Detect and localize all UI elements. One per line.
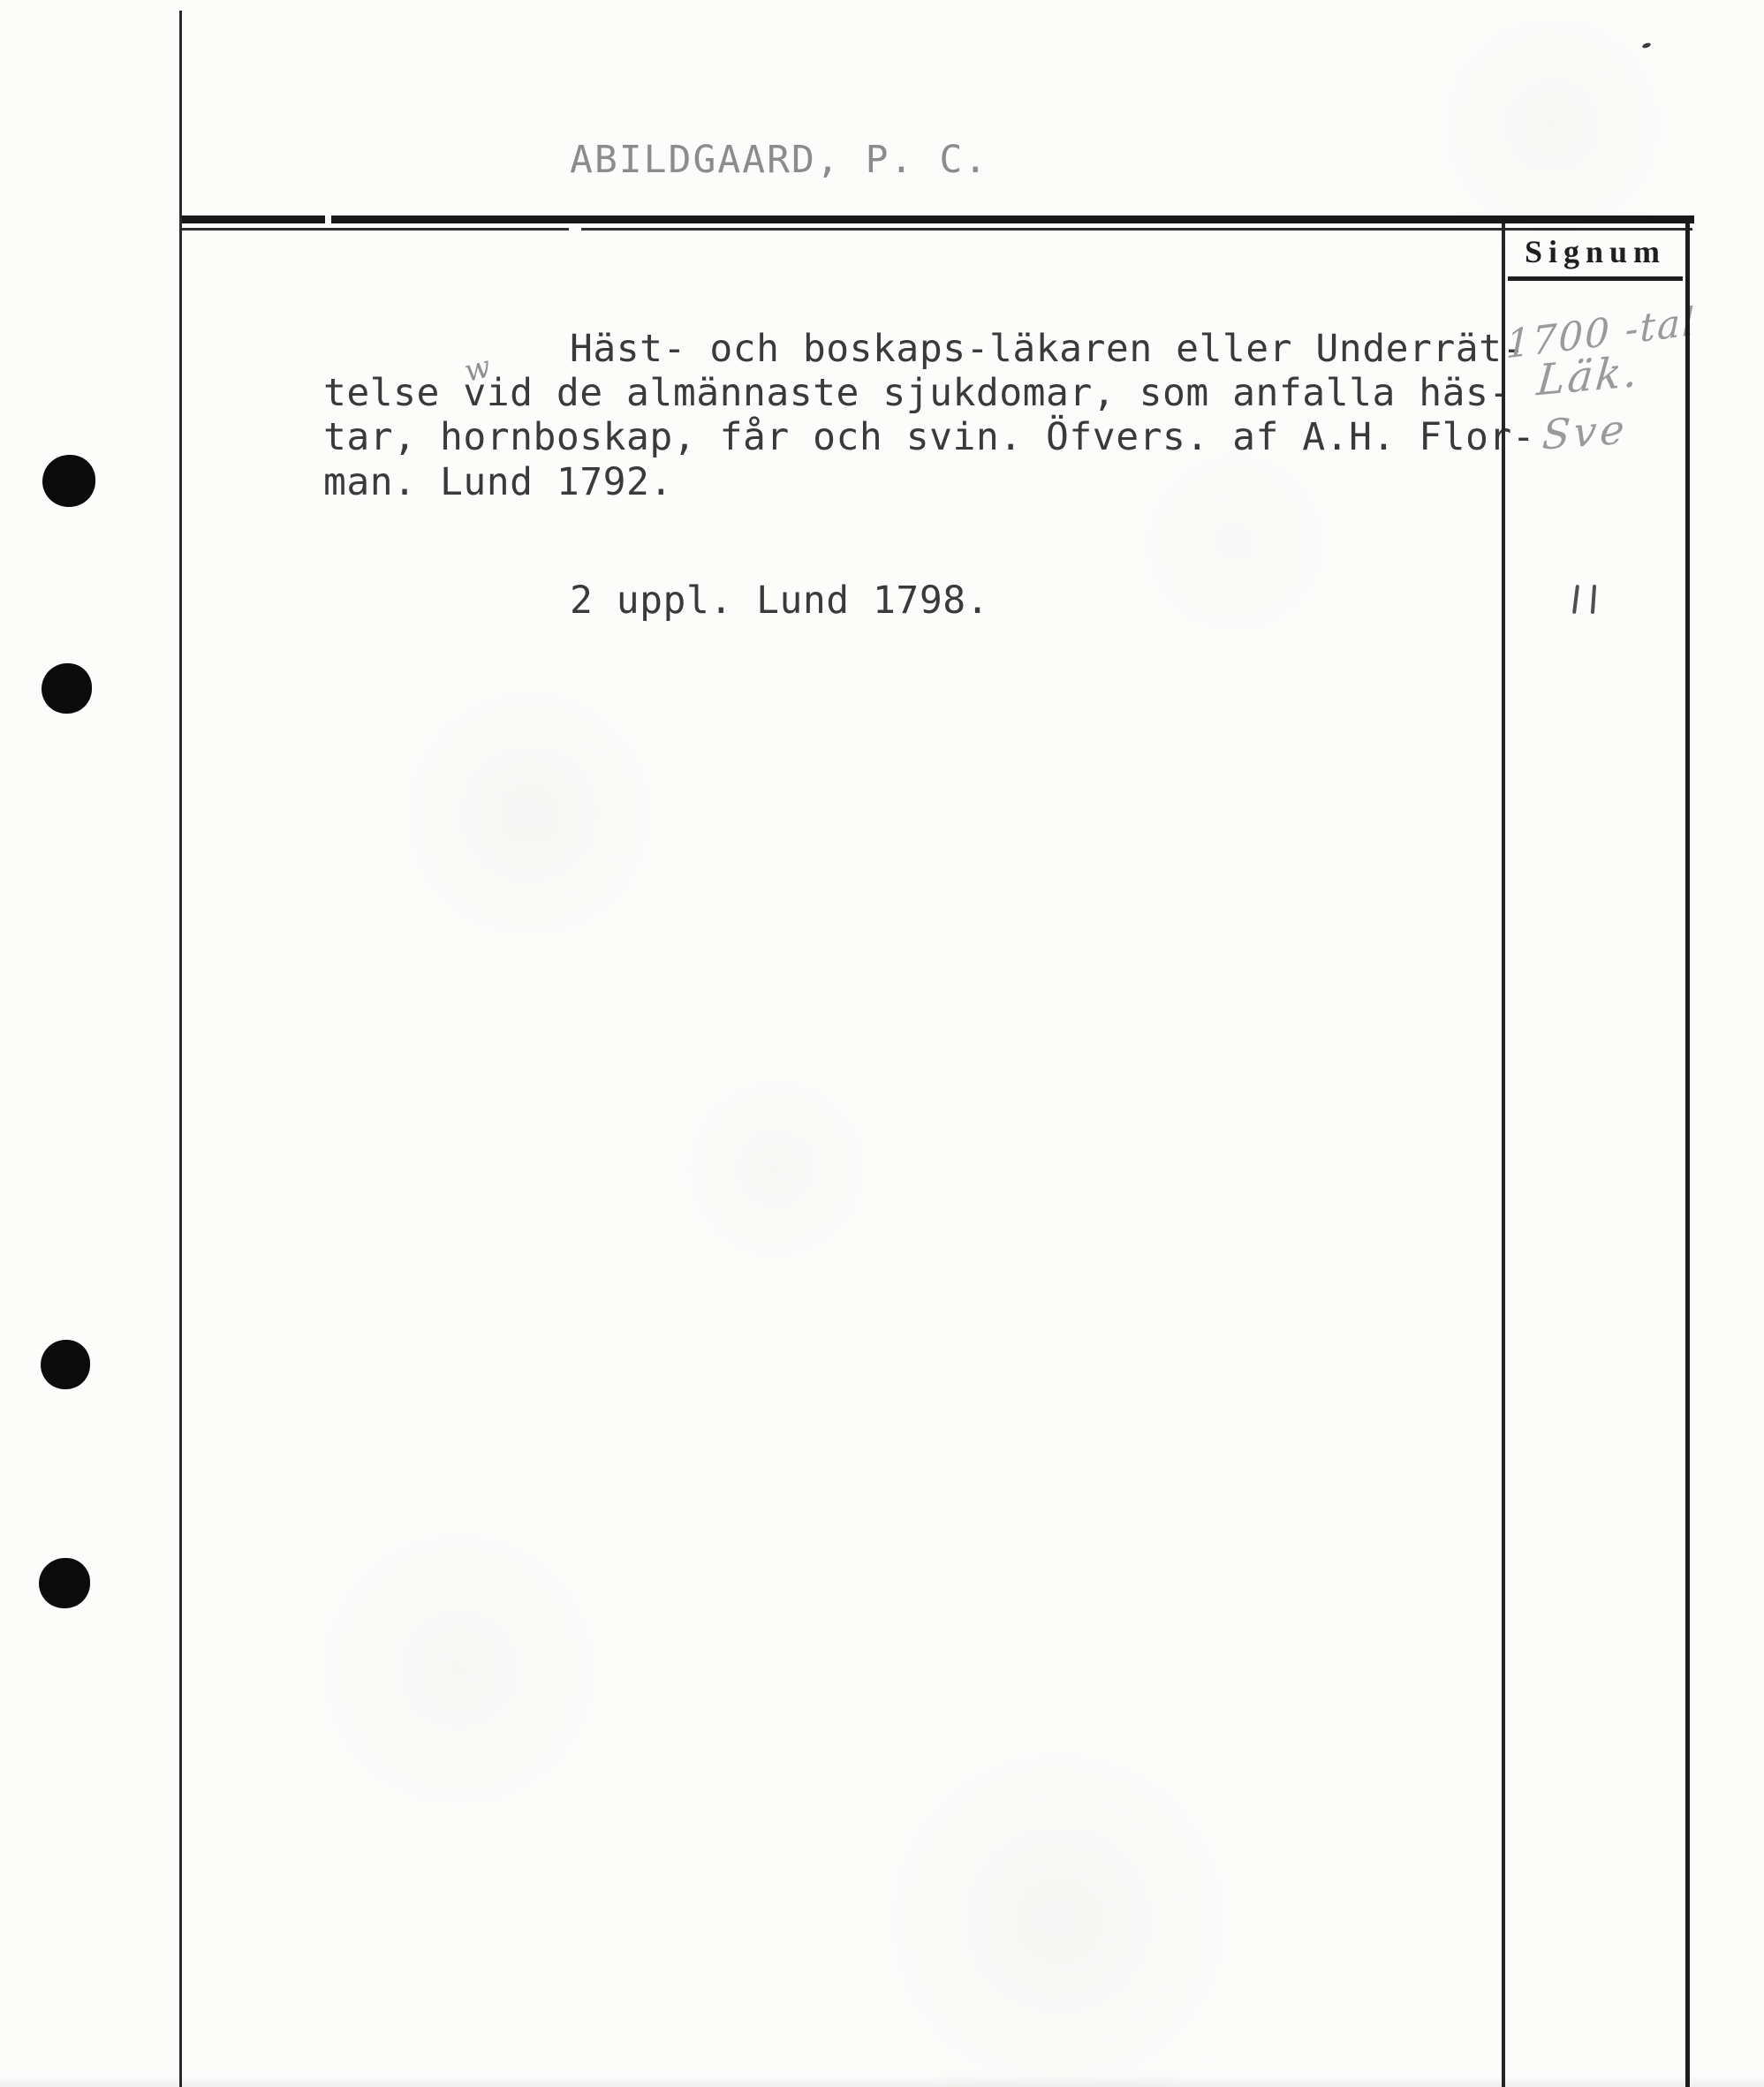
punch-hole — [39, 1558, 90, 1608]
catalog-entry-line: Häst- och boskaps-läkaren eller Underrät… — [570, 327, 1526, 371]
top-double-rule-thin — [581, 228, 1692, 231]
signum-column-header: Signum — [1505, 233, 1685, 270]
signum-column-right-border — [1685, 223, 1690, 2087]
catalog-sheet: ABILDGAARD, P. C. Häst- och boskaps-läka… — [0, 0, 1764, 2087]
handwritten-signum-line: Sve — [1541, 405, 1629, 458]
signum-column-left-border — [1502, 223, 1505, 2087]
page-title: ABILDGAARD, P. C. — [570, 138, 988, 182]
punch-hole — [42, 663, 92, 714]
ditto-stroke — [1591, 585, 1596, 614]
signum-header-underline — [1508, 276, 1683, 281]
ditto-mark — [1572, 585, 1611, 616]
catalog-entry-line: tar, hornboskap, får och svin. Öfvers. a… — [323, 415, 1535, 459]
catalog-entry-line: man. Lund 1792. — [323, 460, 673, 504]
punch-hole — [42, 455, 95, 507]
edition-line: 2 uppl. Lund 1798. — [570, 578, 989, 623]
punch-hole — [41, 1340, 90, 1389]
ink-speck — [1641, 42, 1651, 49]
left-margin-rule — [179, 11, 182, 2087]
catalog-entry-line: telse vid de almännaste sjukdomar, som a… — [323, 371, 1512, 415]
ditto-stroke — [1572, 585, 1579, 614]
top-double-rule-thick — [181, 216, 325, 223]
top-double-rule-thin — [181, 228, 569, 231]
top-double-rule-thick — [331, 216, 1694, 223]
handwritten-signum-line: Läk. — [1535, 347, 1642, 406]
